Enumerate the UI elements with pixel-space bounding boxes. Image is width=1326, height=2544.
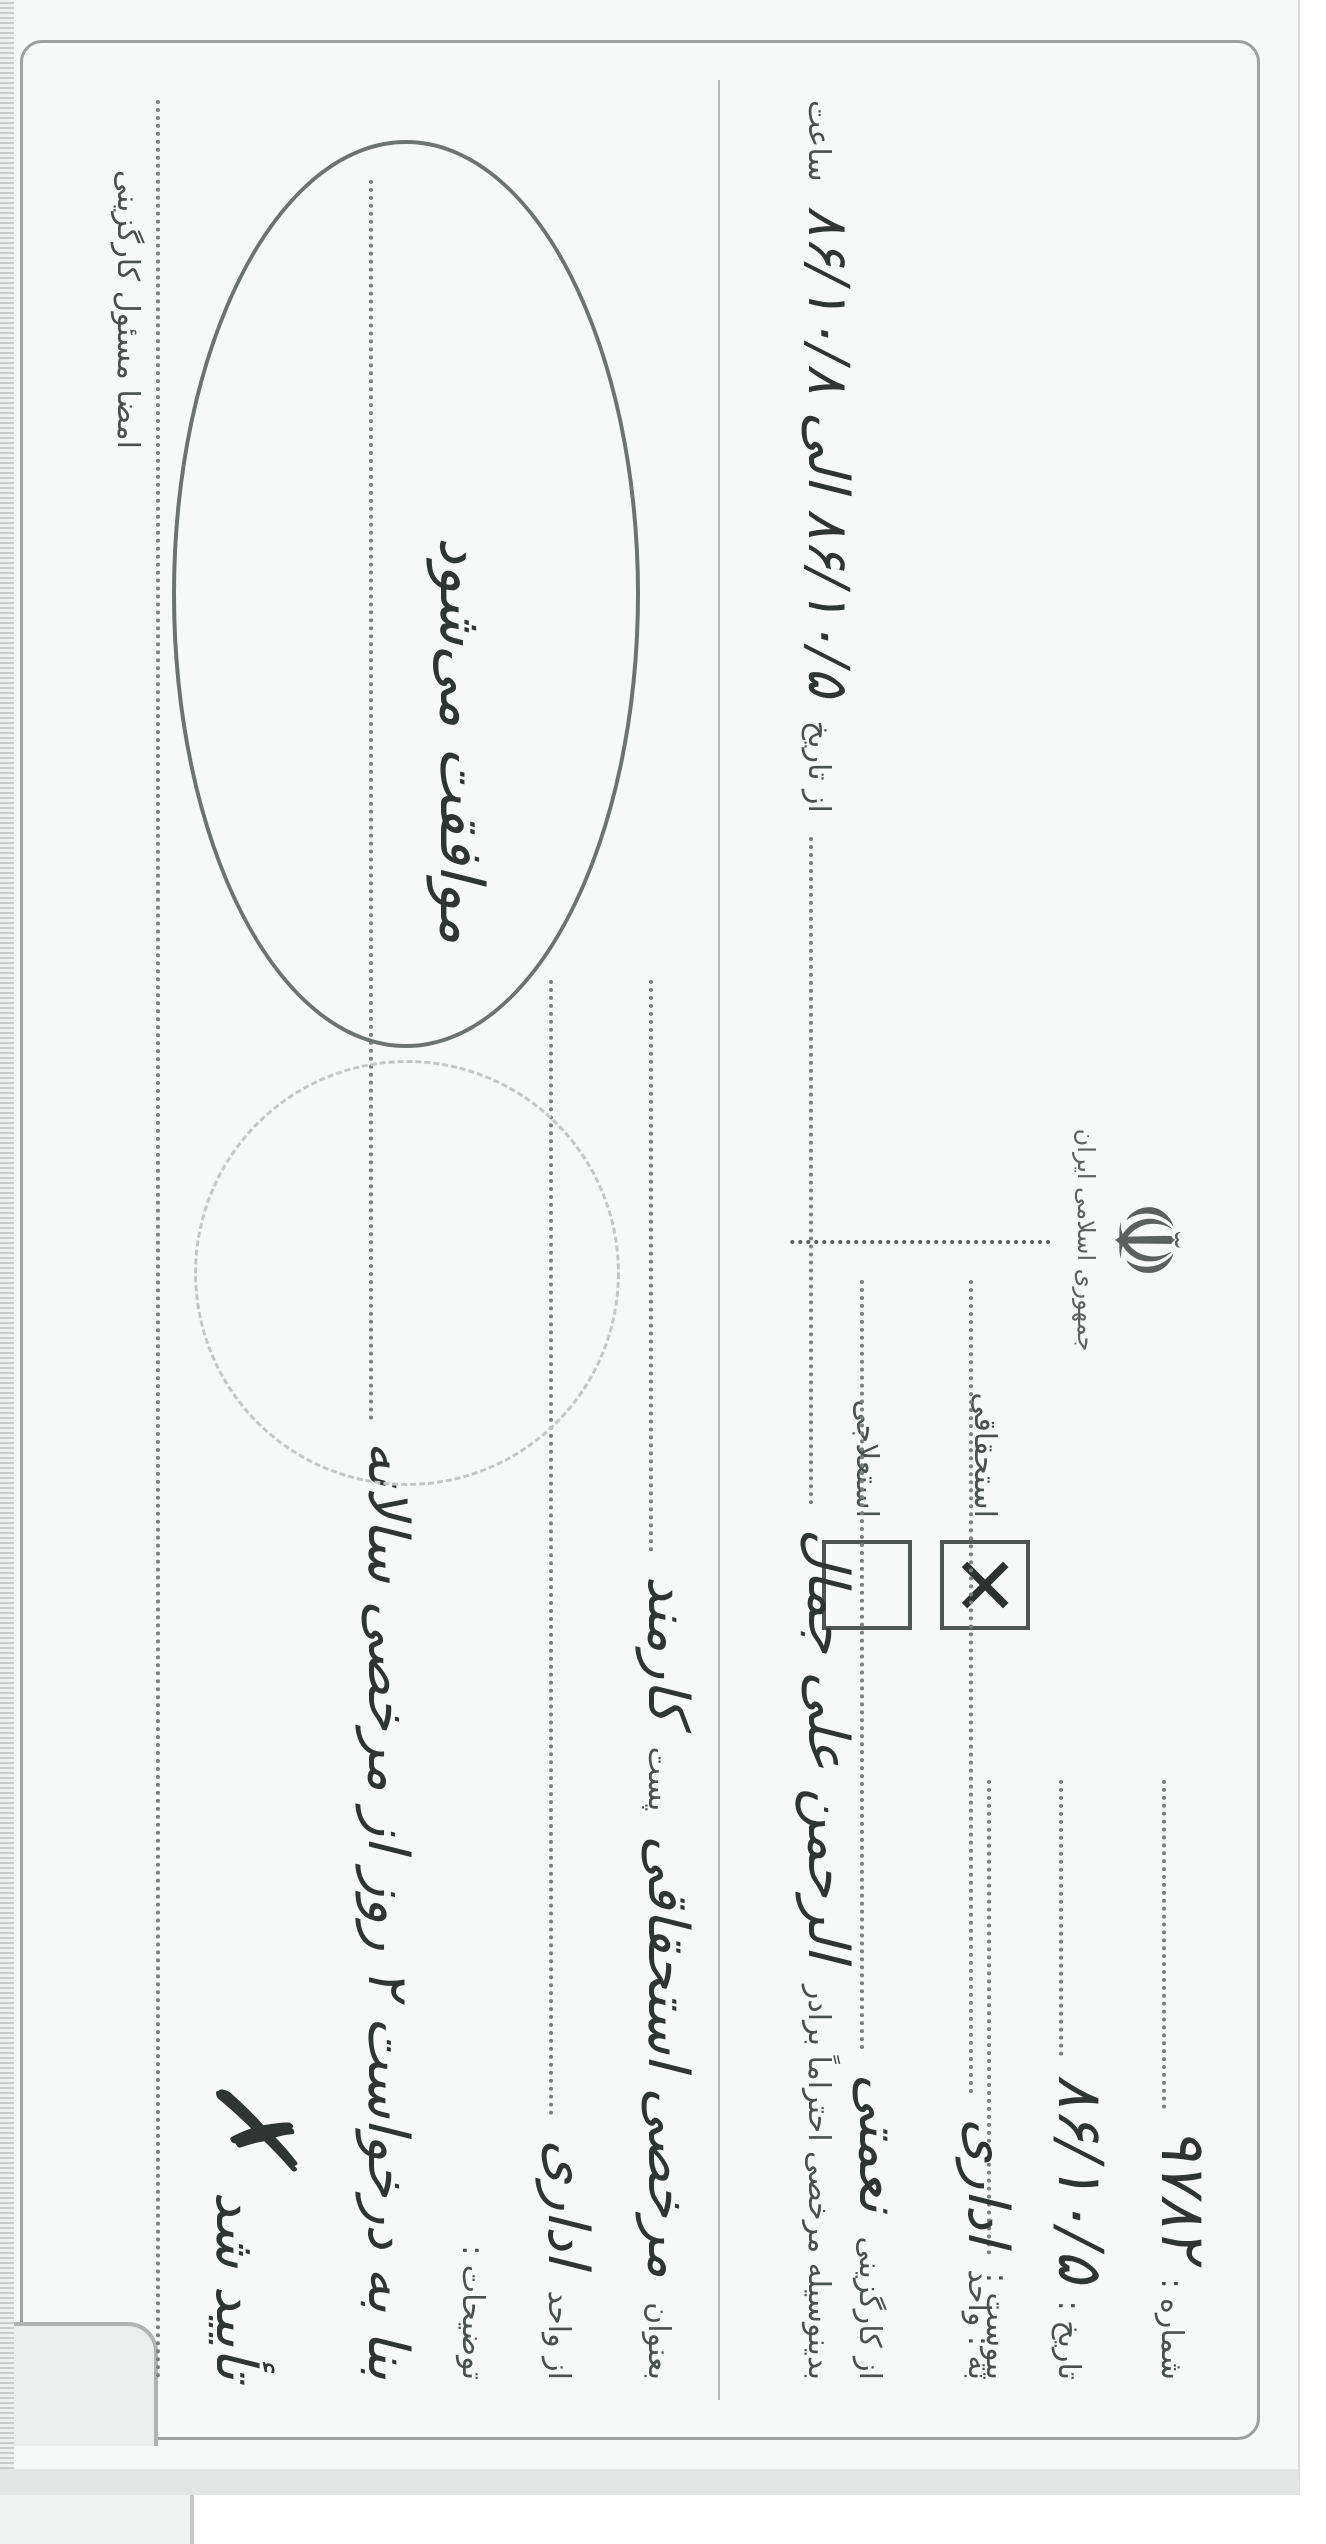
line-label: از واحد <box>541 2291 576 2380</box>
national-emblem: ☫ جمهوری اسلامی ایران <box>1072 1129 1190 1352</box>
approver-text: تأیید شد <box>203 2191 268 2380</box>
dotted-fill <box>1162 1780 1167 2109</box>
oval-text: موافقت می‌شود <box>426 537 496 944</box>
form-line-employee: بدینوسیله مرخصی احتراماً برادر الرحمن عل… <box>795 100 860 2380</box>
approval-oval: موافقت می‌شود <box>172 140 640 1048</box>
emblem-caption: جمهوری اسلامی ایران <box>1072 1129 1100 1352</box>
line-label: به : واحد <box>961 2269 996 2380</box>
post-label: پست <box>641 1747 676 1812</box>
line-value: الرحمن علی جمال <box>795 1529 860 1961</box>
dotted-fill <box>156 100 160 2380</box>
line-value: اداری <box>955 2118 1020 2245</box>
faded-seal <box>194 1060 620 1486</box>
notes-value: بنا به درخواست ۲ روز از مرخصی سالانه <box>355 1441 420 2380</box>
line-value: مرخصی استحقاقی <box>635 1835 700 2278</box>
number-row: شماره : ۹۷۸۲ <box>1147 1780 1220 2380</box>
dotted-fill <box>969 1280 973 2094</box>
scanned-page: شماره : ۹۷۸۲ تاریخ : ۸۶/۱۰/۵ پیوست : ☫ ج… <box>0 0 1300 2495</box>
period-unit: ساعت <box>801 100 836 182</box>
notes-label: توضیحات : <box>455 2245 490 2380</box>
scanner-edge <box>60 2495 194 2544</box>
stamp-caption: امضا مسئول کارگزینی <box>110 170 145 449</box>
period-value: ۸۶/۱۰/۵ الی ۸۶/۱۰/۸ <box>795 206 860 697</box>
number-label: شماره : <box>1154 2279 1189 2380</box>
line-value: اداری <box>535 2140 600 2267</box>
form-line-to: به : واحد اداری <box>955 1280 1020 2380</box>
date-value: ۸۶/۱۰/۵ <box>1044 2074 1117 2282</box>
dotted-fill <box>809 837 813 1505</box>
section-divider <box>718 80 720 2400</box>
form-body-lower: بدینوسیله مرخصی احتراماً برادر الرحمن عل… <box>751 100 930 2380</box>
number-value: ۹۷۸۲ <box>1147 2127 1220 2260</box>
emblem-icon: ☫ <box>1100 1129 1190 1352</box>
date-label: تاریخ : <box>1051 2301 1086 2380</box>
blank-margin <box>194 2495 1326 2544</box>
line-label: بدینوسیله مرخصی احتراماً برادر <box>801 1985 836 2380</box>
scanner-edge <box>0 2495 62 2544</box>
period-label: از تاریخ <box>801 721 836 813</box>
signature-line: تأیید شد ✗ <box>200 2075 310 2380</box>
signature-mark-icon: ✗ <box>200 2075 310 2167</box>
lower-section: بعنوان مرخصی استحقاقی پست کارمند از واحد… <box>80 100 680 2380</box>
post-value: کارمند <box>635 1576 700 1723</box>
form-line-title: بعنوان مرخصی استحقاقی پست کارمند <box>635 980 700 2380</box>
date-row: تاریخ : ۸۶/۱۰/۵ <box>1044 1780 1117 2380</box>
rotated-form: شماره : ۹۷۸۲ تاریخ : ۸۶/۱۰/۵ پیوست : ☫ ج… <box>20 40 1260 2440</box>
dotted-fill <box>649 980 653 1552</box>
line-label: بعنوان <box>641 2302 676 2380</box>
dotted-fill <box>1059 1780 1064 2056</box>
